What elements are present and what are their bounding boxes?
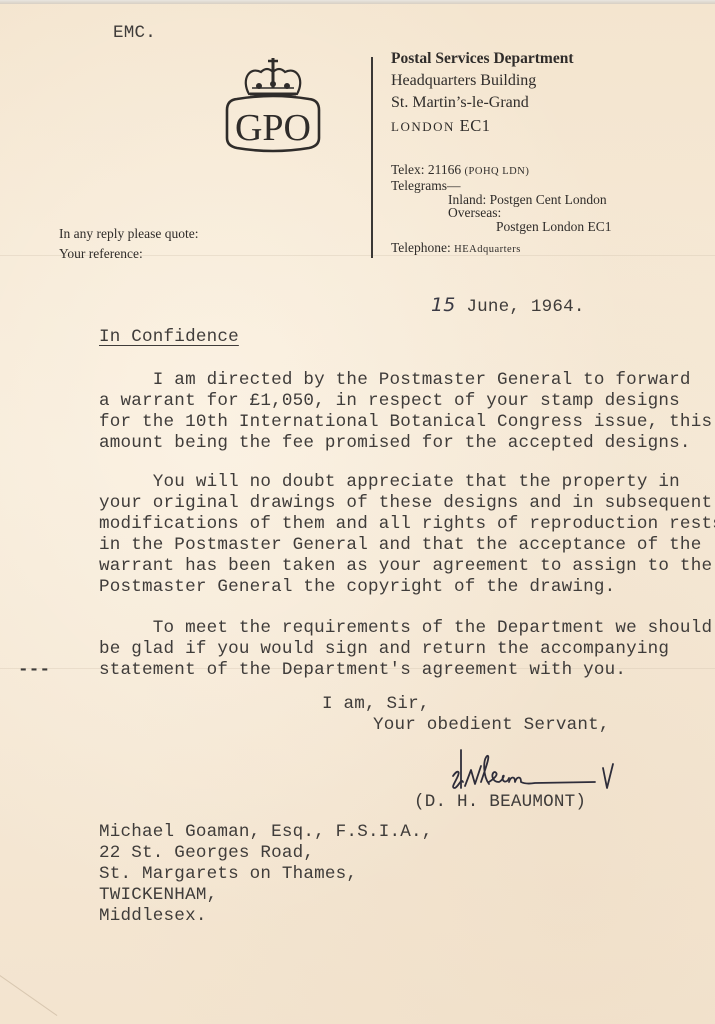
reply-quote-label: In any reply please quote:: [59, 226, 198, 242]
recipient-address: Michael Goaman, Esq., F.S.I.A.,22 St. Ge…: [99, 822, 433, 927]
text-line: To meet the requirements of the Departme…: [99, 618, 712, 639]
date-rest: June, 1964.: [456, 297, 585, 317]
text-line: in the Postmaster General and that the a…: [99, 535, 715, 556]
handwritten-signature-icon: [445, 748, 625, 798]
gpo-crown-logo-icon: GPO: [219, 50, 327, 158]
postcode: EC1: [460, 116, 491, 135]
margin-mark: ---: [18, 660, 50, 681]
address-city: LONDON EC1: [391, 116, 490, 136]
text-line: for the 10th International Botanical Con…: [99, 412, 712, 433]
address-line-2: St. Martin’s-le-Grand: [391, 94, 529, 112]
signatory-name: (D. H. BEAUMONT): [414, 792, 586, 813]
text-line: modifications of them and all rights of …: [99, 514, 715, 535]
department-name: Postal Services Department: [391, 50, 574, 68]
city: LONDON: [391, 119, 455, 134]
telegrams-overseas: Postgen London EC1: [496, 219, 612, 235]
telegrams-overseas-label: Overseas:: [448, 205, 501, 221]
letter-date: 15 June, 1964.: [431, 295, 585, 318]
date-day-handwritten: 15: [431, 294, 456, 316]
text-line: be glad if you would sign and return the…: [99, 639, 712, 660]
letterhead-divider: [371, 57, 373, 258]
recipient-street: 22 St. Georges Road,: [99, 843, 433, 864]
text-line: I am directed by the Postmaster General …: [99, 370, 712, 391]
reference-initials: EMC.: [113, 23, 156, 44]
text-line: amount being the fee promised for the ac…: [99, 433, 712, 454]
telephone-label: Telephone:: [391, 240, 454, 255]
recipient-county: Middlesex.: [99, 906, 433, 927]
text-line: You will no doubt appreciate that the pr…: [99, 472, 715, 493]
scan-edge: [0, 0, 715, 4]
recipient-town: TWICKENHAM,: [99, 885, 433, 906]
address-line-1: Headquarters Building: [391, 72, 536, 90]
closing-line-1: I am, Sir,: [322, 694, 430, 715]
telephone-value: HEAdquarters: [454, 244, 521, 255]
telephone: Telephone: HEAdquarters: [391, 240, 521, 256]
heading-in-confidence: In Confidence: [99, 327, 239, 348]
paragraph-1: I am directed by the Postmaster General …: [99, 370, 712, 454]
text-line: Postmaster General the copyright of the …: [99, 577, 715, 598]
your-reference-label: Your reference:: [59, 246, 143, 262]
telex: Telex: 21166 (POHQ LDN): [391, 162, 529, 178]
recipient-name: Michael Goaman, Esq., F.S.I.A.,: [99, 822, 433, 843]
text-line: statement of the Department's agreement …: [99, 660, 712, 681]
text-line: your original drawings of these designs …: [99, 493, 715, 514]
paragraph-2: You will no doubt appreciate that the pr…: [99, 472, 715, 598]
recipient-locality: St. Margarets on Thames,: [99, 864, 433, 885]
telex-code: (POHQ LDN): [465, 166, 530, 177]
telex-label: Telex: 21166: [391, 162, 465, 177]
paragraph-3: To meet the requirements of the Departme…: [99, 618, 712, 681]
text-line: warrant has been taken as your agreement…: [99, 556, 715, 577]
closing-line-2: Your obedient Servant,: [373, 715, 610, 736]
text-line: a warrant for £1,050, in respect of your…: [99, 391, 712, 412]
gpo-logo-text: GPO: [235, 107, 311, 149]
